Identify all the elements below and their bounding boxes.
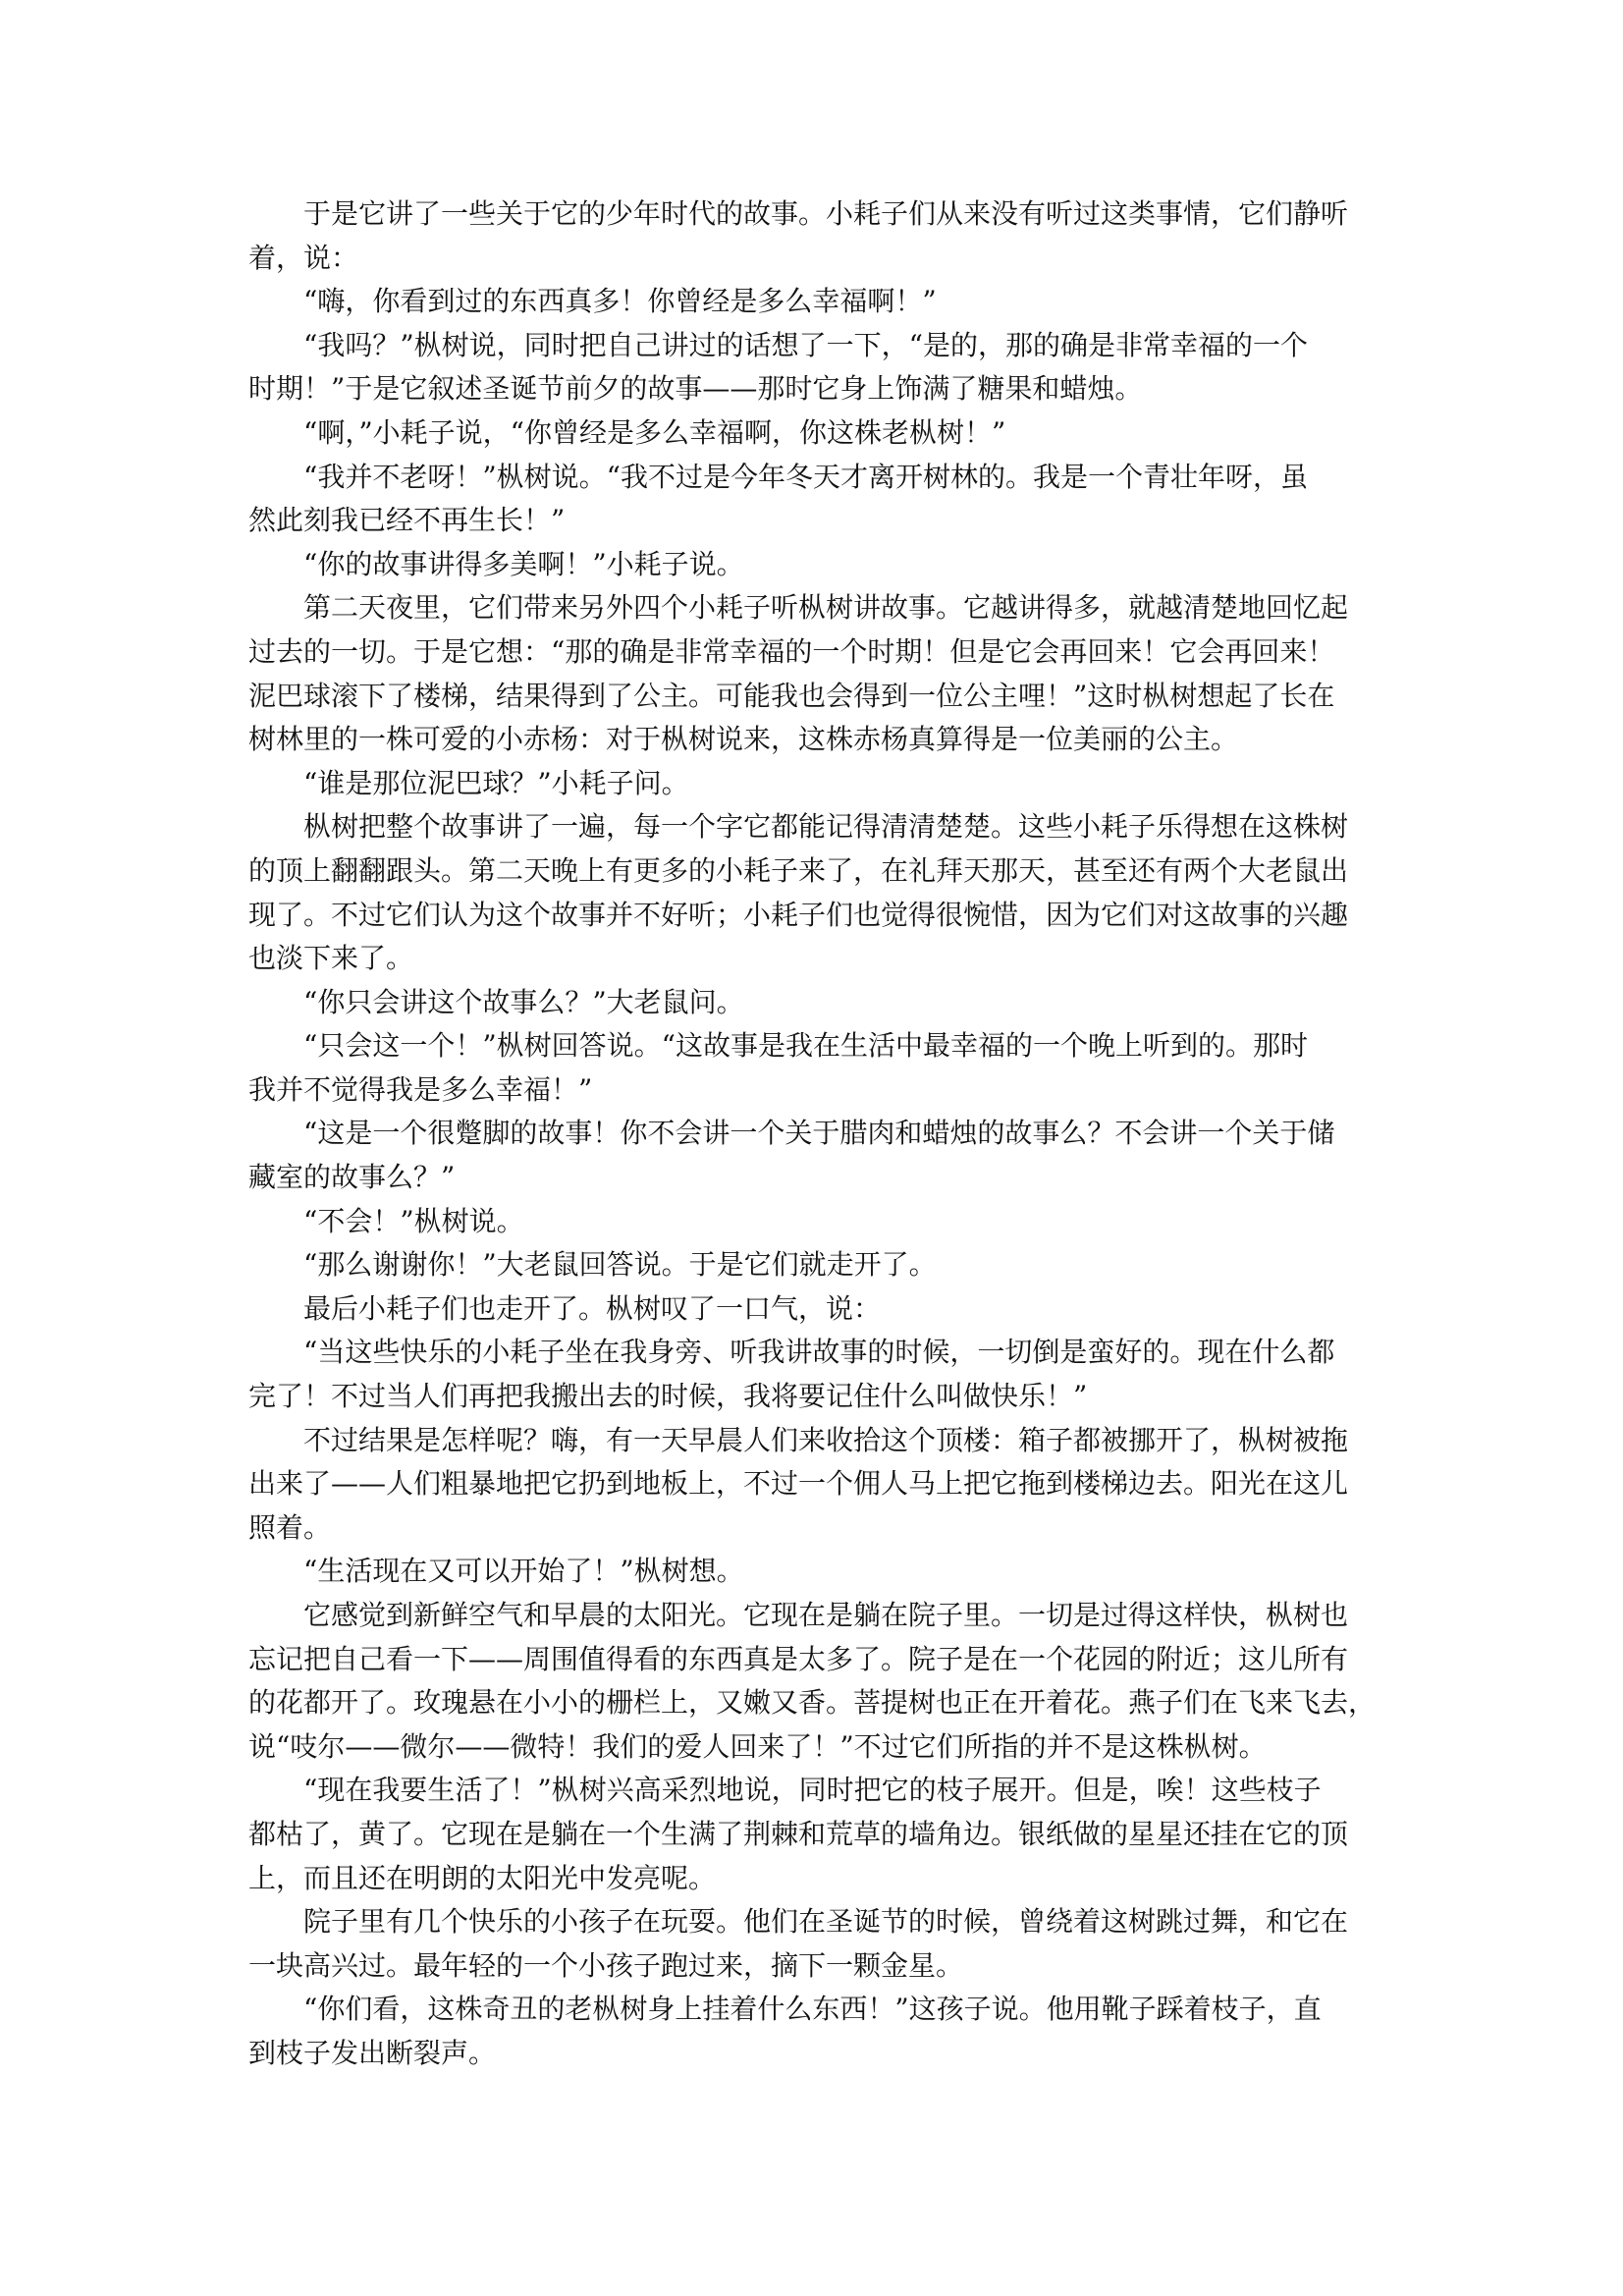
paragraph-first-line: “这是一个很蹩脚的故事！你不会讲一个关于腊肉和蜡烛的故事么？不会讲一个关于储 (248, 1112, 1378, 1156)
paragraph-line: 的顶上翻翻跟头。第二天晚上有更多的小耗子来了，在礼拜天那天，甚至还有两个大老鼠出 (248, 849, 1378, 894)
paragraph-line: 说“吱尔——微尔——微特！我们的爱人回来了！”不过它们所指的并不是这株枞树。 (248, 1725, 1378, 1770)
paragraph: “生活现在又可以开始了！”枞树想。 (248, 1550, 1378, 1594)
paragraph-first-line: 它感觉到新鲜空气和早晨的太阳光。它现在是躺在院子里。一切是过得这样快，枞树也 (248, 1594, 1378, 1638)
paragraph-first-line: “现在我要生活了！”枞树兴高采烈地说，同时把它的枝子展开。但是，唉！这些枝子 (248, 1769, 1378, 1813)
paragraph-first-line: “不会！”枞树说。 (248, 1200, 1378, 1244)
paragraph: “不会！”枞树说。 (248, 1200, 1378, 1244)
paragraph: 院子里有几个快乐的小孩子在玩耍。他们在圣诞节的时候，曾绕着这树跳过舞，和它在一块… (248, 1900, 1378, 1988)
paragraph: “现在我要生活了！”枞树兴高采烈地说，同时把它的枝子展开。但是，唉！这些枝子都枯… (248, 1769, 1378, 1900)
paragraph: “嗨，你看到过的东西真多！你曾经是多么幸福啊！” (248, 280, 1378, 324)
paragraph: 不过结果是怎样呢？嗨，有一天早晨人们来收拾这个顶楼：箱子都被挪开了，枞树被拖出来… (248, 1419, 1378, 1551)
paragraph: “我并不老呀！”枞树说。“我不过是今年冬天才离开树林的。我是一个青壮年呀，虽然此… (248, 456, 1378, 543)
paragraph-first-line: “当这些快乐的小耗子坐在我身旁、听我讲故事的时候，一切倒是蛮好的。现在什么都 (248, 1331, 1378, 1375)
paragraph-first-line: 枞树把整个故事讲了一遍，每一个字它都能记得清清楚楚。这些小耗子乐得想在这株树 (248, 805, 1378, 849)
paragraph-first-line: “那么谢谢你！”大老鼠回答说。于是它们就走开了。 (248, 1243, 1378, 1287)
paragraph-line: 一块高兴过。最年轻的一个小孩子跑过来，摘下一颗金星。 (248, 1944, 1378, 1989)
paragraph: “啊，”小耗子说，“你曾经是多么幸福啊，你这株老枞树！” (248, 411, 1378, 456)
paragraph: 最后小耗子们也走开了。枞树叹了一口气，说： (248, 1287, 1378, 1332)
paragraph-line: 我并不觉得我是多么幸福！” (248, 1068, 1378, 1113)
paragraph-line: 也淡下来了。 (248, 937, 1378, 981)
paragraph-first-line: 院子里有几个快乐的小孩子在玩耍。他们在圣诞节的时候，曾绕着这树跳过舞，和它在 (248, 1900, 1378, 1944)
paragraph: “你们看，这株奇丑的老枞树身上挂着什么东西！”这孩子说。他用靴子踩着枝子，直到枝… (248, 1988, 1378, 2075)
paragraph-first-line: “谁是那位泥巴球？”小耗子问。 (248, 762, 1378, 806)
paragraph-first-line: “嗨，你看到过的东西真多！你曾经是多么幸福啊！” (248, 280, 1378, 324)
paragraph-line: 过去的一切。于是它想：“那的确是非常幸福的一个时期！但是它会再回来！它会再回来！ (248, 630, 1378, 675)
paragraph-first-line: 第二天夜里，它们带来另外四个小耗子听枞树讲故事。它越讲得多，就越清楚地回忆起 (248, 586, 1378, 630)
paragraph-first-line: “你们看，这株奇丑的老枞树身上挂着什么东西！”这孩子说。他用靴子踩着枝子，直 (248, 1988, 1378, 2032)
paragraph-first-line: 最后小耗子们也走开了。枞树叹了一口气，说： (248, 1287, 1378, 1332)
paragraph-line: 着，说： (248, 237, 1378, 281)
paragraph-first-line: “啊，”小耗子说，“你曾经是多么幸福啊，你这株老枞树！” (248, 411, 1378, 456)
paragraph: “只会这一个！”枞树回答说。“这故事是我在生活中最幸福的一个晚上听到的。那时我并… (248, 1024, 1378, 1112)
paragraph: “那么谢谢你！”大老鼠回答说。于是它们就走开了。 (248, 1243, 1378, 1287)
paragraph-line: 照着。 (248, 1506, 1378, 1551)
paragraph: “你的故事讲得多美啊！”小耗子说。 (248, 543, 1378, 587)
paragraph: “我吗？”枞树说，同时把自己讲过的话想了一下，“是的，那的确是非常幸福的一个时期… (248, 324, 1378, 411)
paragraph-line: 完了！不过当人们再把我搬出去的时候，我将要记住什么叫做快乐！” (248, 1375, 1378, 1419)
paragraph-first-line: “你的故事讲得多美啊！”小耗子说。 (248, 543, 1378, 587)
paragraph: “这是一个很蹩脚的故事！你不会讲一个关于腊肉和蜡烛的故事么？不会讲一个关于储藏室… (248, 1112, 1378, 1199)
paragraph-line: 泥巴球滚下了楼梯，结果得到了公主。可能我也会得到一位公主哩！”这时枞树想起了长在 (248, 675, 1378, 719)
paragraph: 于是它讲了一些关于它的少年时代的故事。小耗子们从来没有听过这类事情，它们静听着，… (248, 192, 1378, 280)
paragraph: “当这些快乐的小耗子坐在我身旁、听我讲故事的时候，一切倒是蛮好的。现在什么都完了… (248, 1331, 1378, 1418)
paragraph-first-line: “我吗？”枞树说，同时把自己讲过的话想了一下，“是的，那的确是非常幸福的一个 (248, 324, 1378, 368)
paragraph-line: 然此刻我已经不再生长！” (248, 499, 1378, 543)
paragraph-line: 到枝子发出断裂声。 (248, 2032, 1378, 2076)
paragraph-line: 忘记把自己看一下——周围值得看的东西真是太多了。院子是在一个花园的附近；这儿所有 (248, 1638, 1378, 1682)
paragraph: “你只会讲这个故事么？”大老鼠问。 (248, 981, 1378, 1025)
paragraph-line: 的花都开了。玫瑰悬在小小的栅栏上，又嫩又香。菩提树也正在开着花。燕子们在飞来飞去… (248, 1681, 1378, 1725)
paragraph-line: 藏室的故事么？” (248, 1156, 1378, 1200)
paragraph-line: 现了。不过它们认为这个故事并不好听；小耗子们也觉得很惋惜，因为它们对这故事的兴趣 (248, 894, 1378, 938)
paragraph-first-line: “你只会讲这个故事么？”大老鼠问。 (248, 981, 1378, 1025)
paragraph-first-line: “我并不老呀！”枞树说。“我不过是今年冬天才离开树林的。我是一个青壮年呀，虽 (248, 456, 1378, 500)
paragraph-first-line: “生活现在又可以开始了！”枞树想。 (248, 1550, 1378, 1594)
paragraph-line: 时期！”于是它叙述圣诞节前夕的故事——那时它身上饰满了糖果和蜡烛。 (248, 367, 1378, 411)
paragraph-first-line: 于是它讲了一些关于它的少年时代的故事。小耗子们从来没有听过这类事情，它们静听 (248, 192, 1378, 237)
paragraph-line: 上，而且还在明朗的太阳光中发亮呢。 (248, 1857, 1378, 1901)
paragraph-first-line: “只会这一个！”枞树回答说。“这故事是我在生活中最幸福的一个晚上听到的。那时 (248, 1024, 1378, 1068)
paragraph: 它感觉到新鲜空气和早晨的太阳光。它现在是躺在院子里。一切是过得这样快，枞树也忘记… (248, 1594, 1378, 1769)
document-page: 于是它讲了一些关于它的少年时代的故事。小耗子们从来没有听过这类事情，它们静听着，… (248, 192, 1378, 2076)
paragraph-line: 都枯了，黄了。它现在是躺在一个生满了荆棘和荒草的墙角边。银纸做的星星还挂在它的顶 (248, 1813, 1378, 1857)
paragraph-line: 出来了——人们粗暴地把它扔到地板上，不过一个佣人马上把它拖到楼梯边去。阳光在这儿 (248, 1462, 1378, 1506)
paragraph: 枞树把整个故事讲了一遍，每一个字它都能记得清清楚楚。这些小耗子乐得想在这株树的顶… (248, 805, 1378, 980)
paragraph: “谁是那位泥巴球？”小耗子问。 (248, 762, 1378, 806)
paragraph-first-line: 不过结果是怎样呢？嗨，有一天早晨人们来收拾这个顶楼：箱子都被挪开了，枞树被拖 (248, 1419, 1378, 1463)
paragraph-line: 树林里的一株可爱的小赤杨：对于枞树说来，这株赤杨真算得是一位美丽的公主。 (248, 718, 1378, 762)
paragraph: 第二天夜里，它们带来另外四个小耗子听枞树讲故事。它越讲得多，就越清楚地回忆起过去… (248, 586, 1378, 761)
